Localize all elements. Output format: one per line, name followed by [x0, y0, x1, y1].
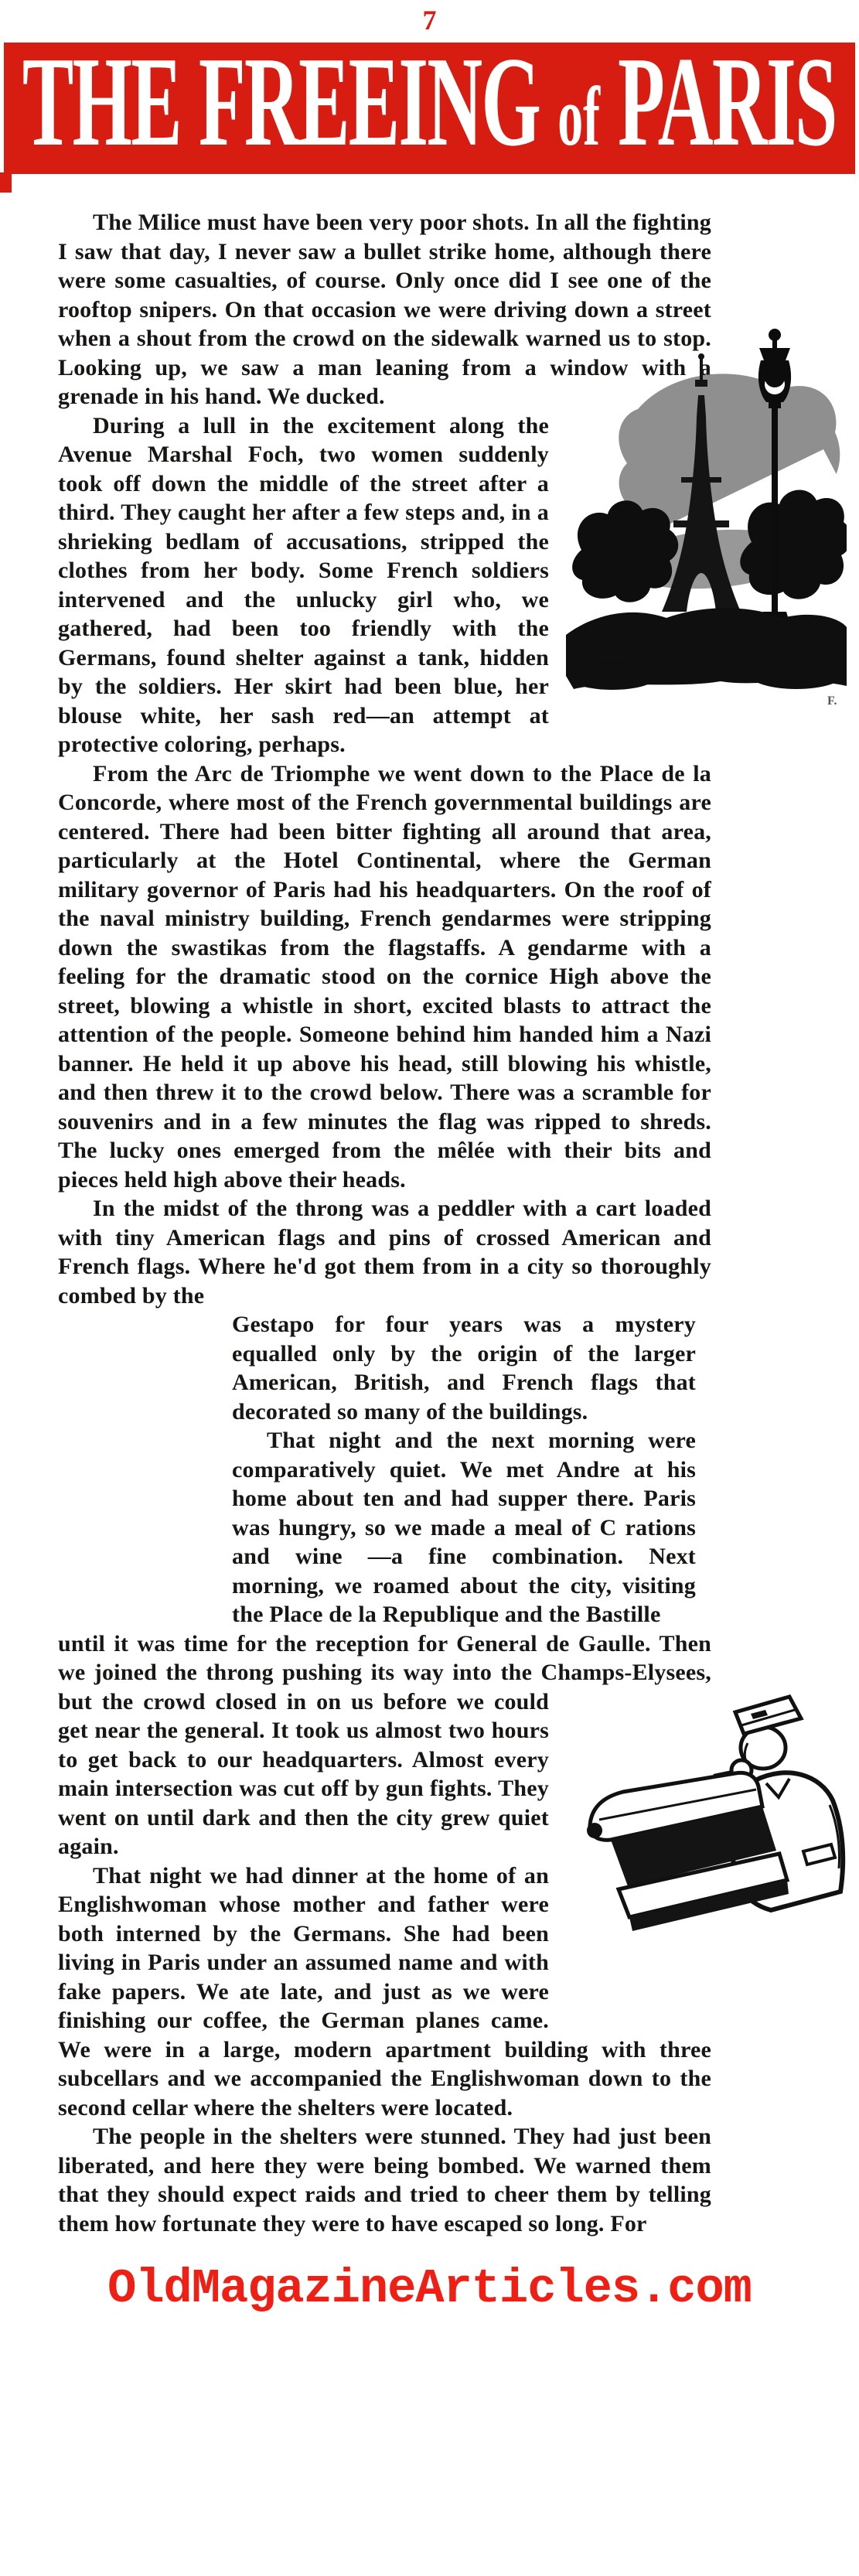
paragraph-text: During a lull in the excitement along th…	[58, 413, 549, 758]
article-body: F. The Milice must have been very poor s…	[58, 208, 711, 2238]
paragraph-peddler-continued: Gestapo for four years was a mystery equ…	[232, 1310, 696, 1426]
page-number: 7	[0, 0, 859, 34]
indented-text-block: Gestapo for four years was a mystery equ…	[232, 1310, 696, 1629]
eiffel-illustration-float: F.	[549, 208, 711, 725]
paragraph-text: In the midst of the throng was a peddler…	[58, 1196, 711, 1308]
paragraph-de-gaulle-reception: until it was time for the reception for …	[58, 1629, 711, 1861]
soldier-typewriter-illustration	[584, 1664, 847, 1958]
banner-left-notch	[0, 172, 12, 193]
paragraph-text: The people in the shelters were stunned.…	[58, 2124, 711, 2237]
title-part-2: PARIS	[600, 30, 837, 172]
watermark: OldMagazineArticles.com	[0, 2238, 859, 2332]
paragraph-text: That night and the next morning were com…	[232, 1428, 696, 1627]
magazine-page: { "page": { "page_number": "7", "title_p…	[0, 0, 859, 2332]
title-banner: THE FREEING of PARIS	[4, 43, 855, 174]
artist-signature: F.	[827, 694, 837, 708]
paragraph-shelters: The people in the shelters were stunned.…	[58, 2122, 711, 2238]
ground-icon	[566, 608, 847, 690]
article-title: THE FREEING of PARIS	[22, 43, 837, 174]
paragraph-peddler: In the midst of the throng was a peddler…	[58, 1194, 711, 1310]
title-part-1: THE FREEING	[22, 30, 557, 172]
garrison-cap-icon	[735, 1697, 801, 1734]
title-part-of: of	[558, 69, 601, 163]
paragraph-text: Gestapo for four years was a mystery equ…	[232, 1312, 696, 1424]
paragraph-milice-snipers: F. The Milice must have been very poor s…	[58, 208, 711, 411]
paragraph-text: From the Arc de Triomphe we went down to…	[58, 761, 711, 1192]
paragraph-arc-de-triomphe: From the Arc de Triomphe we went down to…	[58, 759, 711, 1195]
eiffel-tower-illustration: F.	[564, 324, 847, 715]
paragraph-quiet-night: That night and the next morning were com…	[232, 1426, 696, 1629]
soldier-illustration-float	[549, 1629, 711, 2008]
